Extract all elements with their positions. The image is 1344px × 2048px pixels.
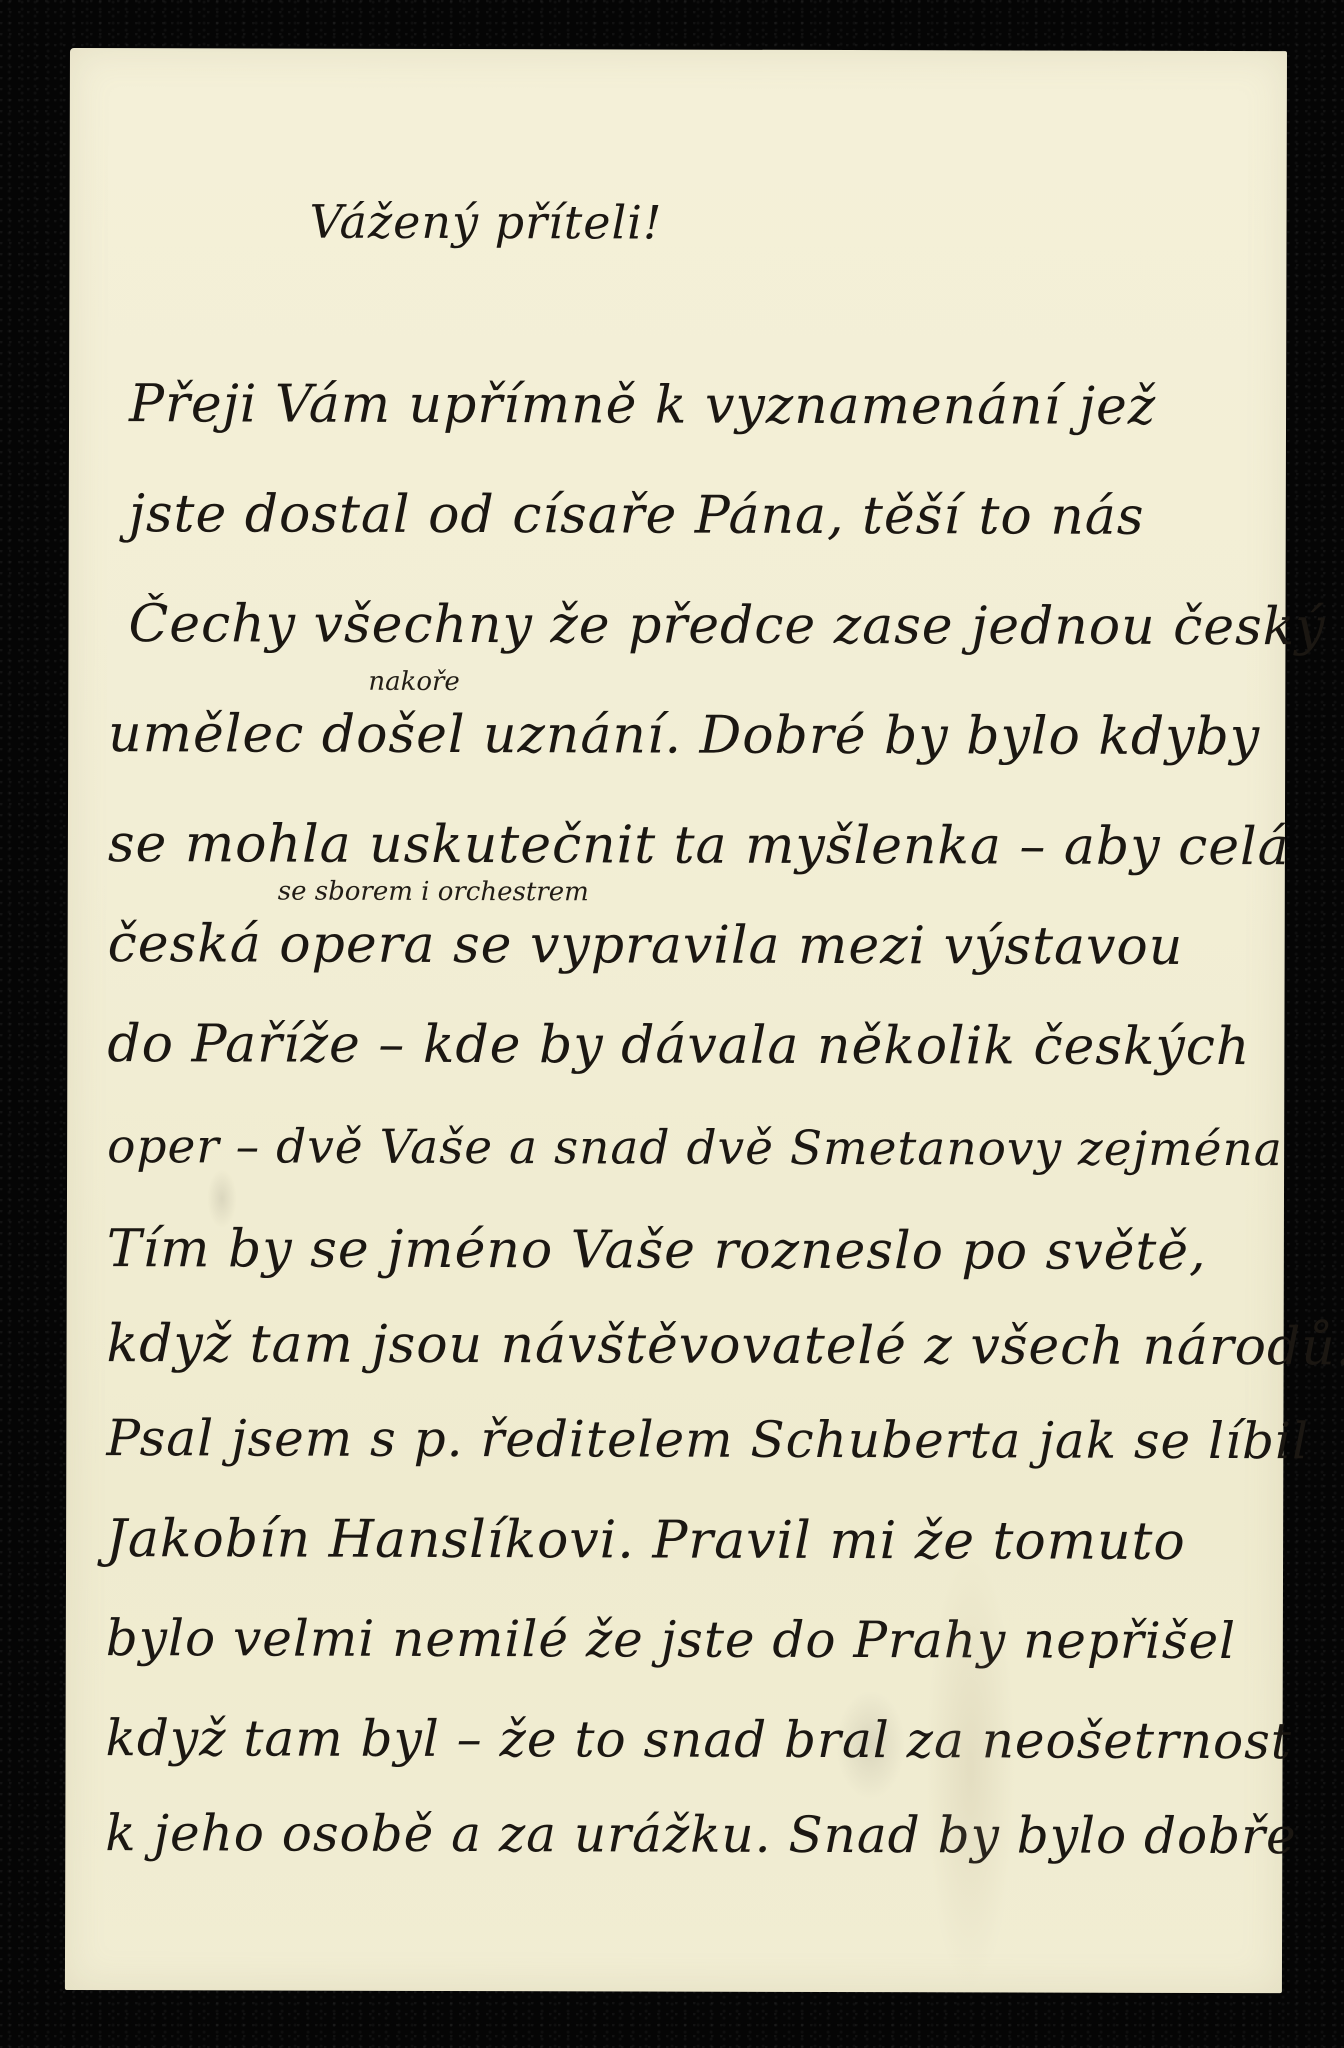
letter-line-12: Jakobín Hanslíkovi. Pravil mi že tomuto [106, 1513, 1186, 1568]
letter-line-15: k jeho osobě a za urážku. Snad by bylo d… [105, 1808, 1296, 1861]
interlinear-insertion-1: nakoře [368, 669, 460, 695]
letter-line-6: česká opera se vypravila mezi výstavou [108, 918, 1184, 973]
letter-salutation: Vážený příteli! [309, 199, 662, 246]
letter-line-7: do Paříže – kde by dávala několik českýc… [107, 1018, 1250, 1073]
letter-line-14: když tam byl – že to snad bral za neošet… [106, 1713, 1292, 1766]
letter-line-5: se mohla uskutečnit ta myšlenka – aby ce… [108, 818, 1290, 873]
letter-line-8: oper – dvě Vaše a snad dvě Smetanovy zej… [107, 1123, 1283, 1173]
letter-line-3: Čechy všechny že předce zase jednou česk… [128, 598, 1325, 653]
letter-line-1: Přeji Vám upřímně k vyznamenání jež [129, 378, 1156, 433]
interlinear-insertion-2: se sborem i orchestrem [278, 879, 589, 906]
letter-body: Vážený příteli! Přeji Vám upřímně k vyzn… [65, 48, 1287, 1993]
letter-page: Vážený příteli! Přeji Vám upřímně k vyzn… [65, 48, 1287, 1993]
letter-line-13: bylo velmi nemilé že jste do Prahy nepři… [106, 1613, 1236, 1666]
letter-line-9: Tím by se jméno Vaše rozneslo po světě, [107, 1223, 1207, 1278]
letter-line-2: jste dostal od císaře Pána, těší to nás [129, 488, 1145, 543]
letter-line-4: umělec došel uznání. Dobré by bylo kdyby [108, 708, 1260, 763]
letter-line-10: když tam jsou návštěvovatelé z všech nár… [107, 1318, 1344, 1373]
letter-line-11: Psal jsem s p. ředitelem Schuberta jak s… [106, 1413, 1309, 1466]
